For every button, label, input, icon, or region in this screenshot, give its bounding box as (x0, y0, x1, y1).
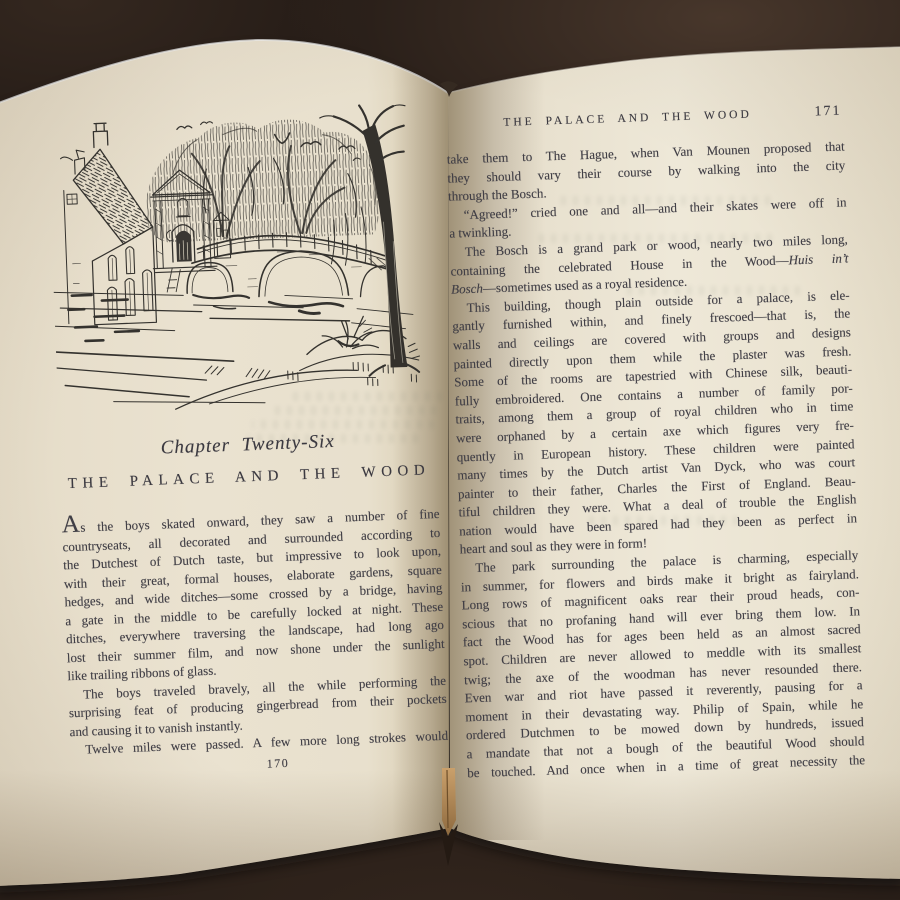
right-page-paragraphs: take them to The Hague, when Van Mounen … (447, 138, 866, 783)
paragraph: As the boys skated onward, they saw a nu… (62, 506, 446, 687)
right-page: THE PALACE AND THE WOOD 171 take them to… (445, 106, 865, 784)
chapter-title: THE PALACE AND THE WOOD (60, 462, 438, 493)
bank-and-shrub (203, 314, 420, 384)
canal-bridge-illustration (47, 100, 436, 416)
left-page: Chapter Twenty-Six THE PALACE AND THE WO… (46, 100, 449, 779)
chapter-heading: Chapter Twenty-Six (58, 427, 437, 463)
right-page-number: 171 (814, 104, 842, 121)
left-page-paragraphs: As the boys skated onward, they saw a nu… (62, 506, 449, 761)
paragraph: This building, though plain outside for … (452, 287, 858, 560)
bare-trees (142, 116, 381, 243)
drop-cap: A (61, 511, 81, 539)
paragraph: The park surrounding the palace is charm… (460, 547, 865, 783)
